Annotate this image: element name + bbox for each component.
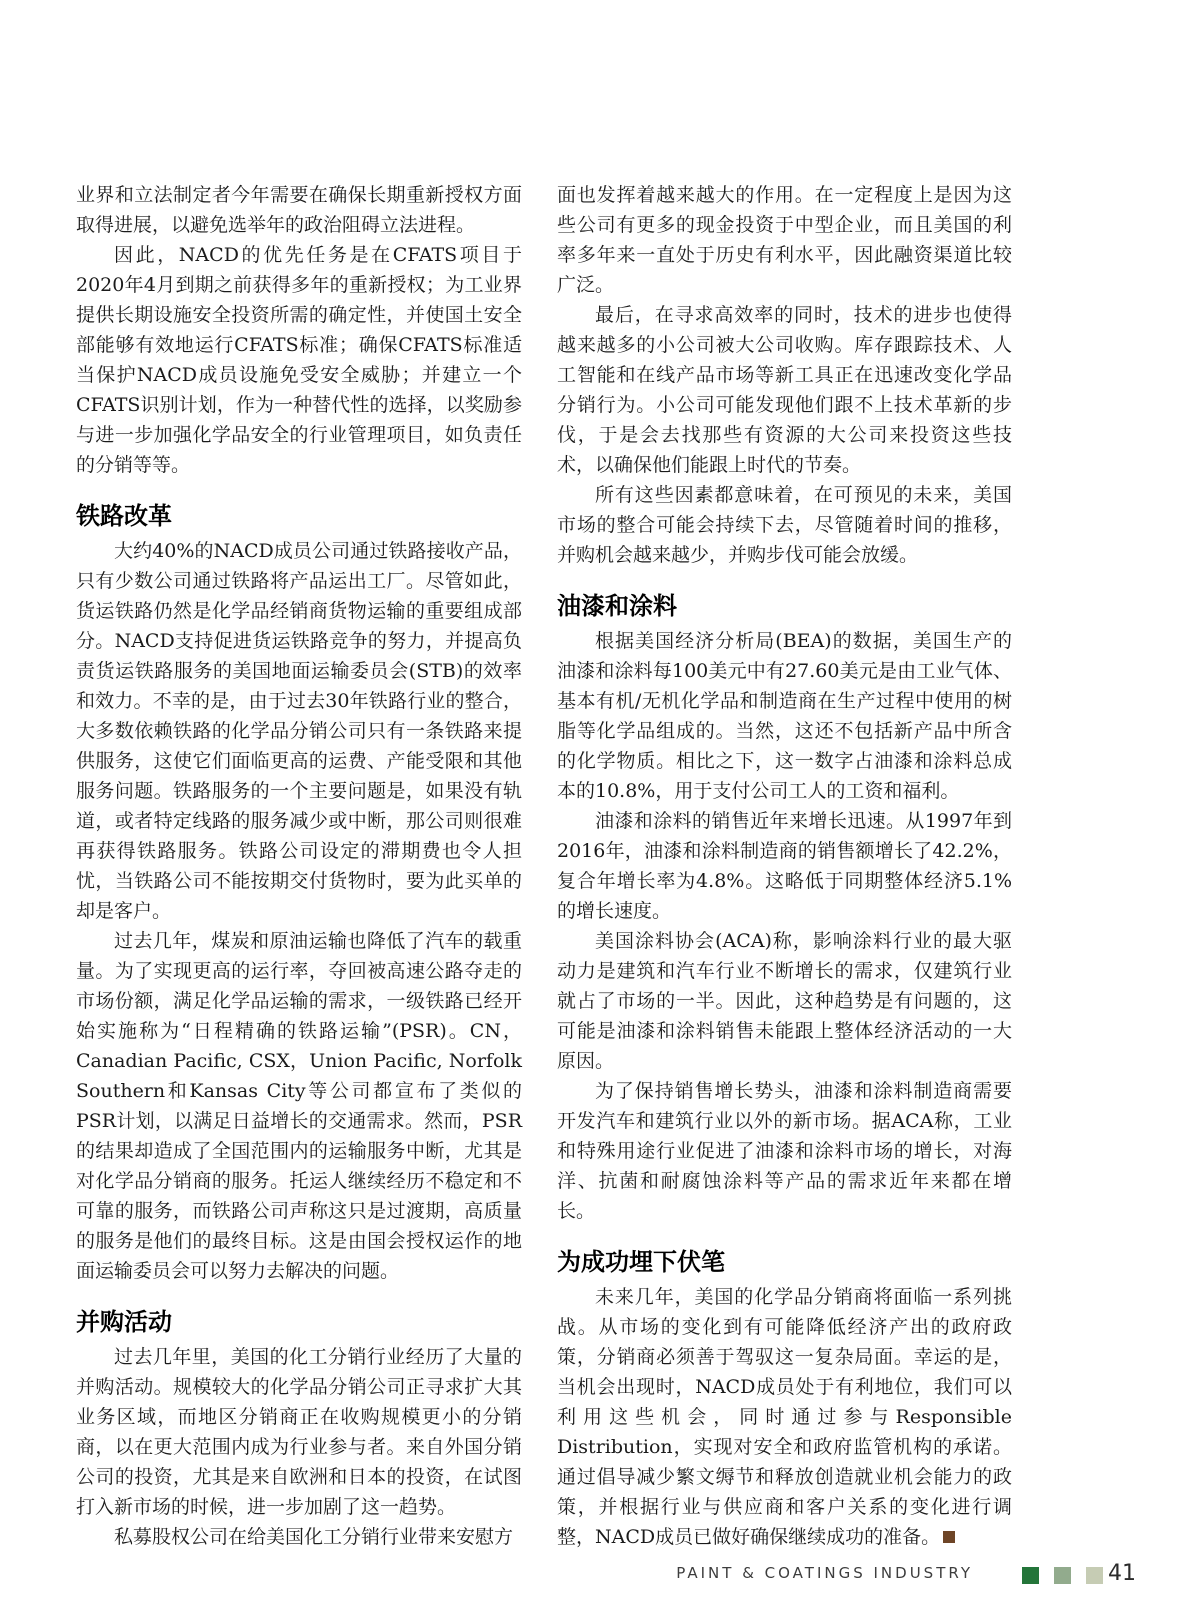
section-heading-railroad-reform: 铁路改革 [76,502,522,530]
paragraph: 面也发挥着越来越大的作用。在一定程度上是因为这些公司有更多的现金投资于中型企业，… [557,180,1012,300]
paragraph: 过去几年，煤炭和原油运输也降低了汽车的载重量。为了实现更高的运行率，夺回被高速公… [76,926,522,1286]
paragraph: 大约40%的NACD成员公司通过铁路接收产品，只有少数公司通过铁路将产品运出工厂… [76,536,522,926]
paragraph: 油漆和涂料的销售近年来增长迅速。从1997年到2016年，油漆和涂料制造商的销售… [557,806,1012,926]
paragraph: 最后，在寻求高效率的同时，技术的进步也使得越来越多的小公司被大公司收购。库存跟踪… [557,300,1012,480]
magazine-page: 业界和立法制定者今年需要在确保长期重新授权方面取得进展，以避免选举年的政治阻碍立… [0,0,1200,1613]
paragraph: 过去几年里，美国的化工分销行业经历了大量的并购活动。规模较大的化学品分销公司正寻… [76,1342,522,1522]
paragraph: 因此，NACD的优先任务是在CFATS项目于2020年4月到期之前获得多年的重新… [76,240,522,480]
left-column: 业界和立法制定者今年需要在确保长期重新授权方面取得进展，以避免选举年的政治阻碍立… [76,180,522,1552]
paragraph: 为了保持销售增长势头，油漆和涂料制造商需要开发汽车和建筑行业以外的新市场。据AC… [557,1076,1012,1226]
paragraph: 未来几年，美国的化学品分销商将面临一系列挑战。从市场的变化到有可能降低经济产出的… [557,1282,1012,1552]
paragraph: 私募股权公司在给美国化工分销行业带来安慰方 [76,1522,522,1552]
section-heading-paint-and-coatings: 油漆和涂料 [557,592,1012,620]
footer-square-light-green [1086,1567,1103,1584]
footer-square-dark-green [1022,1567,1039,1584]
journal-title: PAINT & COATINGS INDUSTRY [676,1564,973,1582]
page-number: 41 [1108,1561,1136,1586]
paragraph: 美国涂料协会(ACA)称，影响涂料行业的最大驱动力是建筑和汽车行业不断增长的需求… [557,926,1012,1076]
section-heading-ma-activity: 并购活动 [76,1308,522,1336]
footer-square-medium-green [1054,1567,1071,1584]
paragraph: 业界和立法制定者今年需要在确保长期重新授权方面取得进展，以避免选举年的政治阻碍立… [76,180,522,240]
end-of-article-marker [943,1531,955,1543]
paragraph-text: 未来几年，美国的化学品分销商将面临一系列挑战。从市场的变化到有可能降低经济产出的… [557,1286,1012,1548]
section-heading-setting-up-for-success: 为成功埋下伏笔 [557,1248,1012,1276]
paragraph: 根据美国经济分析局(BEA)的数据，美国生产的油漆和涂料每100美元中有27.6… [557,626,1012,806]
paragraph: 所有这些因素都意味着，在可预见的未来，美国市场的整合可能会持续下去，尽管随着时间… [557,480,1012,570]
right-column: 面也发挥着越来越大的作用。在一定程度上是因为这些公司有更多的现金投资于中型企业，… [557,180,1012,1552]
